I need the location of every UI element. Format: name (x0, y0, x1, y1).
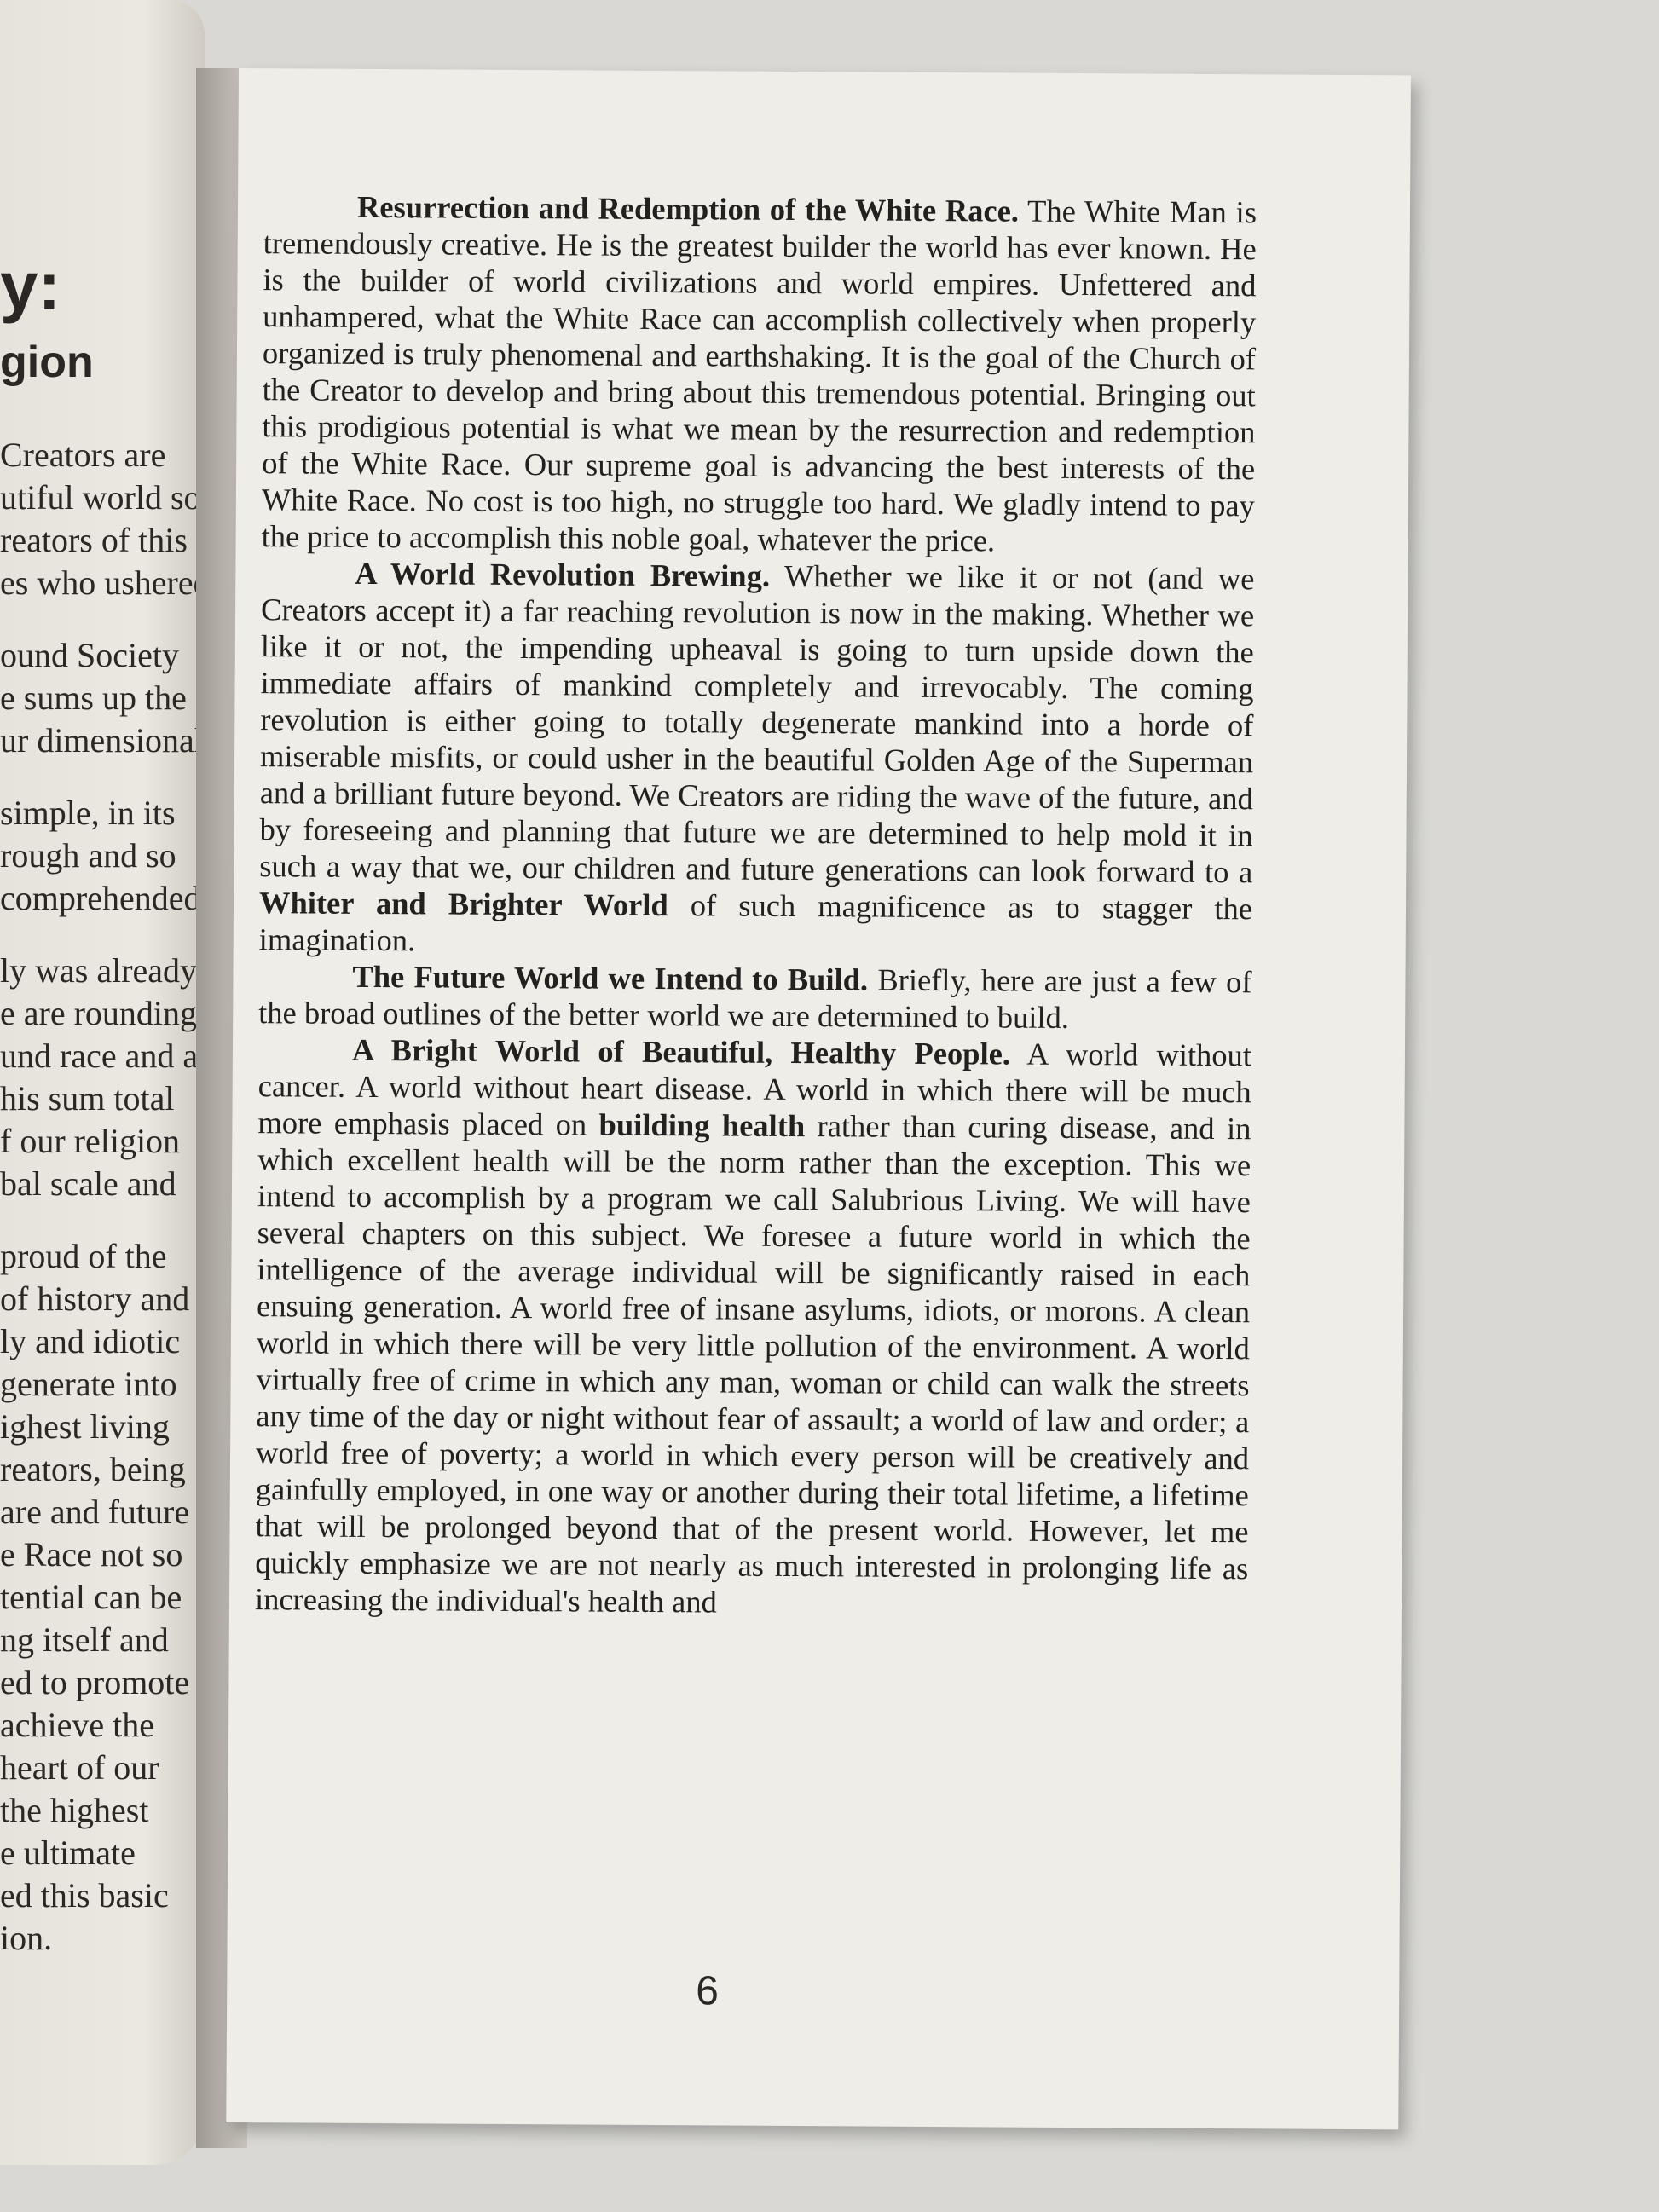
left-page-text-fragment: e sums up the (0, 678, 187, 718)
paragraph-heading: The Future World we Intend to Build. (352, 959, 868, 997)
left-page-text-fragment: his sum total (0, 1078, 174, 1118)
left-page-text-fragment: rough and so (0, 835, 176, 875)
left-page-text-fragment: achieve the (0, 1705, 154, 1745)
left-page-text-fragment: ed this basic (0, 1875, 169, 1915)
page-number: 6 (696, 1967, 719, 2014)
left-page-text-fragment: ion. (0, 1918, 52, 1958)
paragraph-text: rather than curing disease, and in which… (255, 1108, 1251, 1619)
left-page-text-fragment: utiful world so (0, 477, 201, 517)
left-page-text-fragment: tential can be (0, 1577, 182, 1617)
paragraph-heading: A Bright World of Beautiful, Healthy Peo… (352, 1032, 1010, 1071)
left-page-text-fragment: ly was already (0, 950, 197, 990)
paragraph-healthy-people: A Bright World of Beautiful, Healthy Peo… (255, 1031, 1251, 1623)
left-page-text-fragment: e ultimate (0, 1833, 136, 1873)
paragraph-text: Whether we like it or not (and we Creato… (259, 558, 1254, 889)
left-page-text-fragment: ng itself and (0, 1620, 169, 1660)
left-page: y:gionCreators areutiful world soreators… (0, 0, 205, 2165)
left-page-text-fragment: y: (0, 247, 61, 326)
right-page: Resurrection and Redemption of the White… (226, 68, 1411, 2129)
left-page-text-fragment: reators of this (0, 520, 188, 560)
paragraph-heading: A World Revolution Brewing. (355, 556, 770, 593)
left-page-text-fragment: are and future (0, 1492, 189, 1532)
paragraph-revolution: A World Revolution Brewing. Whether we l… (259, 554, 1255, 963)
emphasis-text: Whiter and Brighter World (259, 885, 668, 922)
left-page-text-fragment: comprehended (0, 878, 200, 918)
left-page-text-fragment: bal scale and (0, 1164, 176, 1204)
left-page-text-fragment: ly and idiotic (0, 1321, 180, 1361)
left-page-text-fragment: proud of the (0, 1236, 167, 1276)
left-page-text-fragment: ed to promote (0, 1662, 189, 1702)
left-page-text-fragment: ound Society (0, 635, 179, 675)
left-page-text-fragment: generate into (0, 1364, 177, 1404)
paragraph-text: The White Man is tremendously creative. … (262, 193, 1257, 558)
left-page-text-fragment: ighest living (0, 1406, 170, 1447)
left-page-text-fragment: of history and (0, 1279, 189, 1319)
paragraph-resurrection: Resurrection and Redemption of the White… (262, 188, 1257, 560)
left-page-text-fragment: heart of our (0, 1747, 159, 1788)
paragraph-heading: Resurrection and Redemption of the White… (357, 189, 1019, 228)
left-page-text-fragment: f our religion (0, 1121, 180, 1161)
left-page-text-fragment: und race and a (0, 1036, 198, 1076)
left-page-text-fragment: e Race not so (0, 1534, 182, 1574)
left-page-text-fragment: reators, being (0, 1449, 186, 1489)
left-page-text-fragment: e are rounding (0, 993, 197, 1033)
page-body: Resurrection and Redemption of the White… (255, 188, 1257, 1623)
left-page-text-fragment: es who ushered (0, 563, 205, 603)
left-page-text-fragment: Creators are (0, 435, 165, 475)
left-page-text-fragment: ur dimensional (0, 720, 204, 760)
left-page-text-fragment: the highest (0, 1790, 148, 1830)
paragraph-future-world: The Future World we Intend to Build. Bri… (258, 957, 1252, 1037)
left-page-text-fragment: gion (0, 337, 94, 388)
emphasis-text: building health (598, 1107, 805, 1143)
left-page-text-fragment: simple, in its (0, 793, 176, 833)
